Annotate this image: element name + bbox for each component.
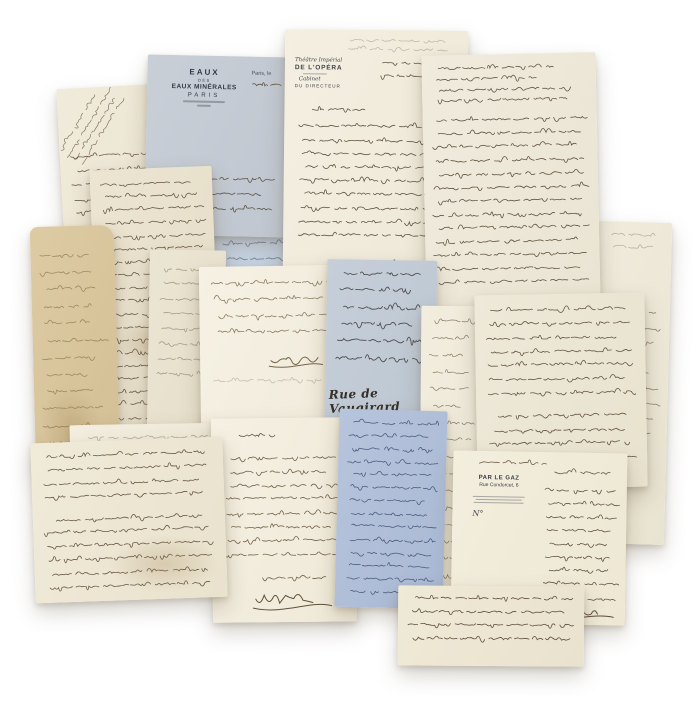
- letterhead-rule: [303, 73, 327, 74]
- handwriting-block: [333, 267, 429, 381]
- letterhead-line: DE L'OPÉRA: [295, 64, 369, 72]
- salutation-scribble: [233, 430, 279, 442]
- pencil-note: [345, 35, 457, 58]
- opera-letterhead: Théâtre Impérial DE L'OPÉRA Cabinet DU D…: [295, 57, 369, 89]
- salutation-scribble: [308, 103, 368, 116]
- letter-bottom-left: [30, 437, 227, 604]
- handwriting-block: [539, 484, 621, 593]
- letterhead-line: DU DIRECTEUR: [295, 83, 369, 89]
- letterhead-line: Cabinet: [299, 76, 369, 83]
- signature-scribble: [266, 353, 326, 370]
- letterhead-small-line: [474, 502, 524, 504]
- handwriting-annotation-angled: [53, 80, 138, 177]
- header-scribble: [430, 61, 581, 110]
- date-scribble: [247, 79, 283, 92]
- letterhead-line: PARIS: [165, 92, 243, 100]
- handwriting-block: [341, 417, 440, 603]
- handwriting-block: [429, 112, 595, 301]
- letter-blue-bottom: [334, 409, 447, 610]
- letterhead-small-line: [476, 499, 522, 501]
- letterhead-line: Théâtre Impérial: [295, 57, 369, 64]
- date-scribble: [473, 456, 553, 469]
- date-label: Paris, le: [251, 71, 271, 77]
- letterhead-line: PAR LE GAZ: [465, 475, 533, 482]
- signature-scribble: [249, 587, 337, 614]
- letterhead-ornament: [197, 104, 211, 106]
- handwriting-block: [221, 451, 344, 572]
- handwriting-block: [209, 277, 336, 347]
- letter-top-right: [421, 52, 600, 310]
- letterhead-line: EAUX: [165, 67, 243, 78]
- handwriting-block: [39, 447, 220, 595]
- letter-center-note: [199, 265, 345, 433]
- closing-scribble: [253, 571, 333, 584]
- letterhead-street-line: [183, 100, 225, 102]
- gaz-letterhead: PAR LE GAZ Rue Condorcet, 6 N°: [464, 475, 533, 519]
- pencil-note: [210, 375, 322, 391]
- number-label: N°: [472, 509, 532, 519]
- letterhead-line: EAUX MINÉRALES: [165, 83, 243, 92]
- salutation-scribble: [549, 466, 615, 479]
- handwriting-block: [406, 593, 576, 652]
- pencil-note: [604, 229, 663, 259]
- letterhead-line: Rue Condorcet, 6: [465, 482, 533, 489]
- letterhead-small-line: [473, 496, 525, 498]
- eaux-letterhead: EAUX DES EAUX MINÉRALES PARIS: [165, 67, 244, 109]
- letters-collage-photo: EAUX DES EAUX MINÉRALES PARIS Paris, le …: [0, 0, 700, 704]
- letter-bottom-wide: [398, 585, 585, 666]
